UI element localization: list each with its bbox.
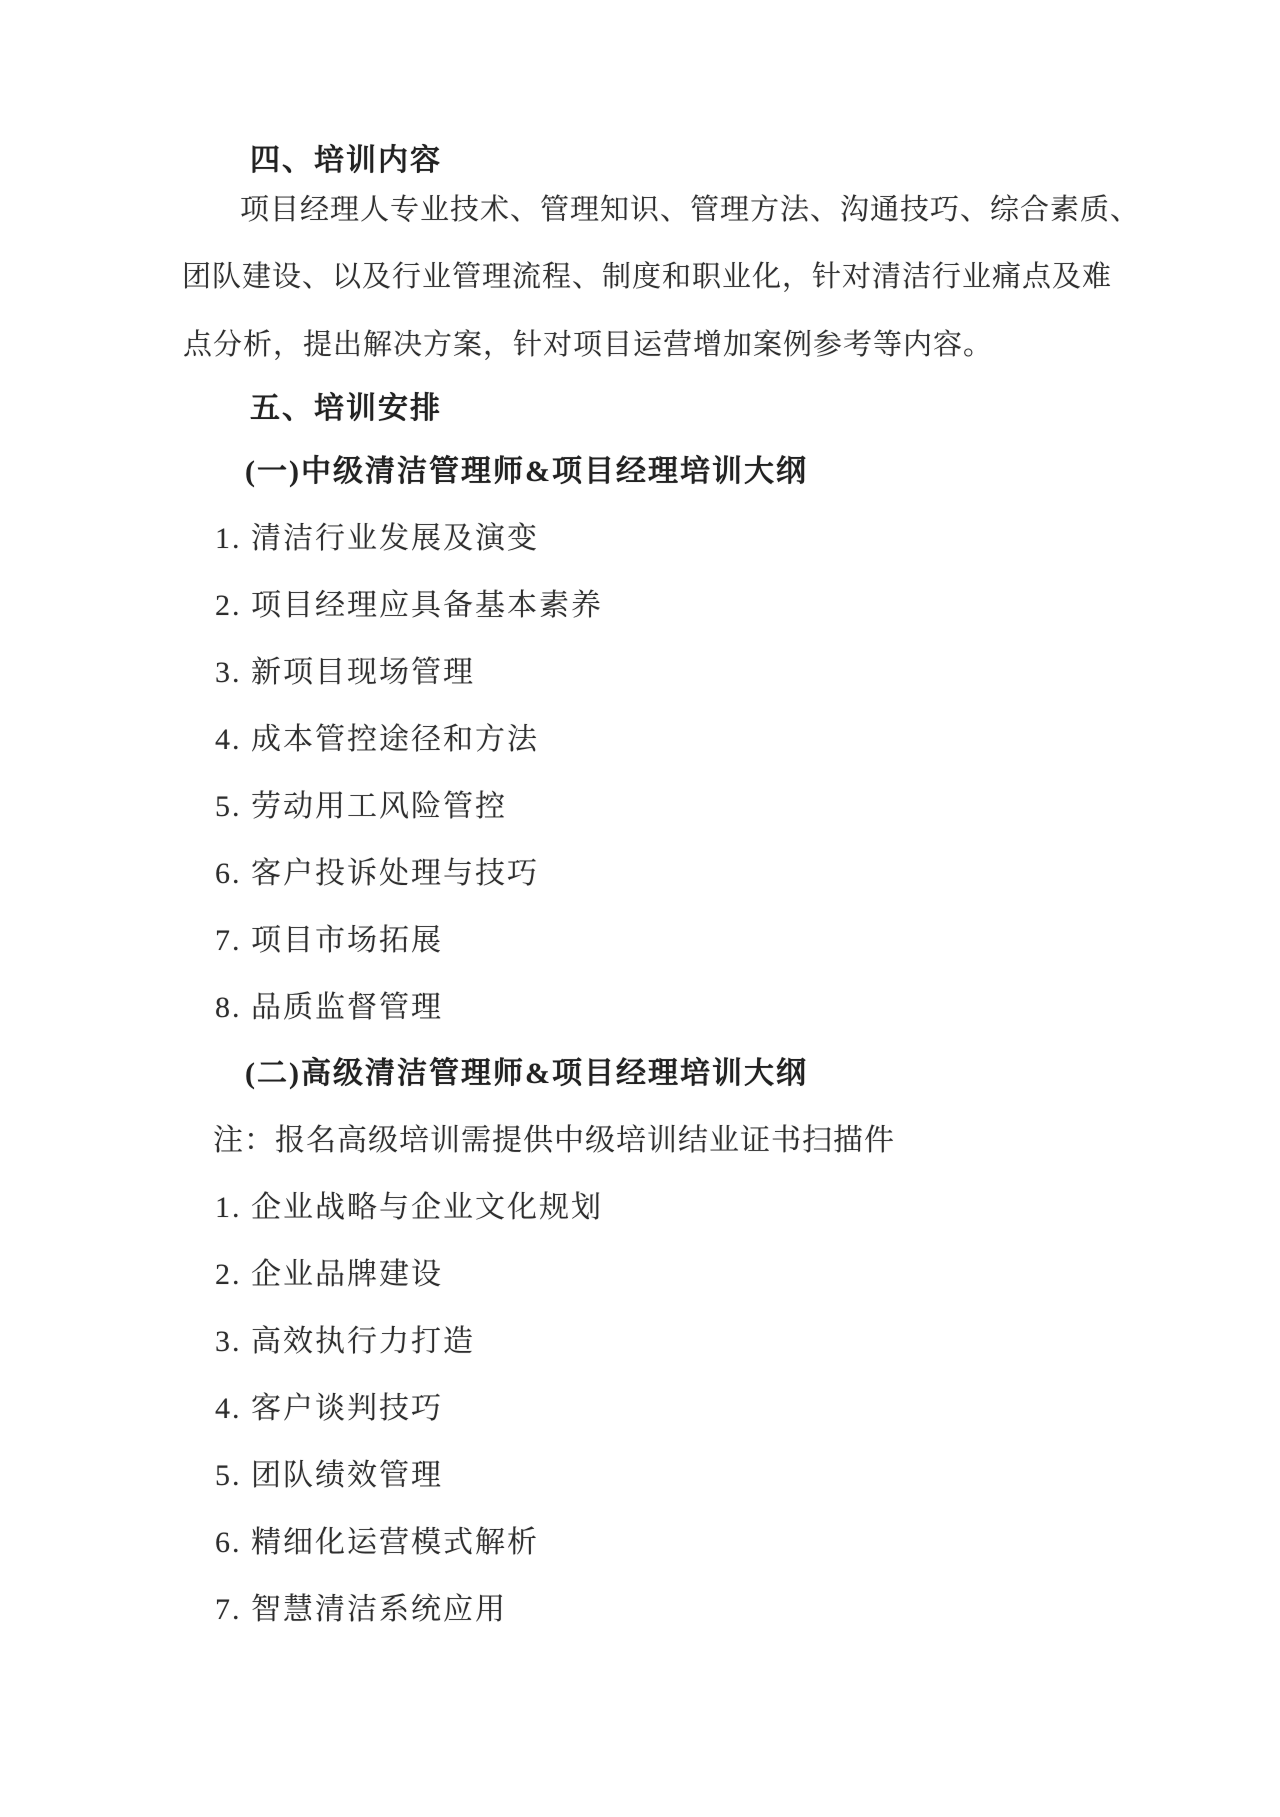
- subsection2-title: (二)高级清洁管理师&项目经理培训大纲: [245, 1059, 808, 1089]
- section5-heading: 五、培训安排: [250, 394, 442, 424]
- subsection2-item-4: 4. 客户谈判技巧: [215, 1394, 443, 1424]
- subsection1-item-8: 8. 品质监督管理: [215, 993, 443, 1023]
- subsection2-item-1: 1. 企业战略与企业文化规划: [215, 1193, 603, 1223]
- subsection2-item-7: 7. 智慧清洁系统应用: [215, 1595, 507, 1625]
- subsection1-title: (一)中级清洁管理师&项目经理培训大纲: [245, 457, 808, 487]
- subsection1-item-2: 2. 项目经理应具备基本素养: [215, 591, 603, 621]
- subsection2-item-6: 6. 精细化运营模式解析: [215, 1528, 539, 1558]
- subsection2-item-5: 5. 团队绩效管理: [215, 1461, 443, 1491]
- subsection2-item-2: 2. 企业品牌建设: [215, 1260, 443, 1290]
- subsection1-item-3: 3. 新项目现场管理: [215, 658, 475, 688]
- subsection1-item-1: 1. 清洁行业发展及演变: [215, 524, 539, 554]
- subsection2-item-3: 3. 高效执行力打造: [215, 1327, 475, 1357]
- subsection1-item-4: 4. 成本管控途径和方法: [215, 725, 539, 755]
- document-page: 四、培训内容 项目经理人专业技术、管理知识、管理方法、沟通技巧、综合素质、 团队…: [0, 0, 1280, 1817]
- section4-paragraph-line-2: 团队建设、以及行业管理流程、制度和职业化，针对清洁行业痛点及难: [182, 263, 1112, 292]
- subsection1-item-6: 6. 客户投诉处理与技巧: [215, 859, 539, 889]
- subsection2-note: 注：报名高级培训需提供中级培训结业证书扫描件: [213, 1126, 895, 1156]
- subsection1-item-7: 7. 项目市场拓展: [215, 926, 443, 956]
- section4-paragraph-line-1: 项目经理人专业技术、管理知识、管理方法、沟通技巧、综合素质、: [240, 196, 1140, 225]
- section4-heading: 四、培训内容: [250, 146, 442, 176]
- subsection1-item-5: 5. 劳动用工风险管控: [215, 792, 507, 822]
- section4-paragraph-line-3: 点分析，提出解决方案，针对项目运营增加案例参考等内容。: [183, 331, 993, 360]
